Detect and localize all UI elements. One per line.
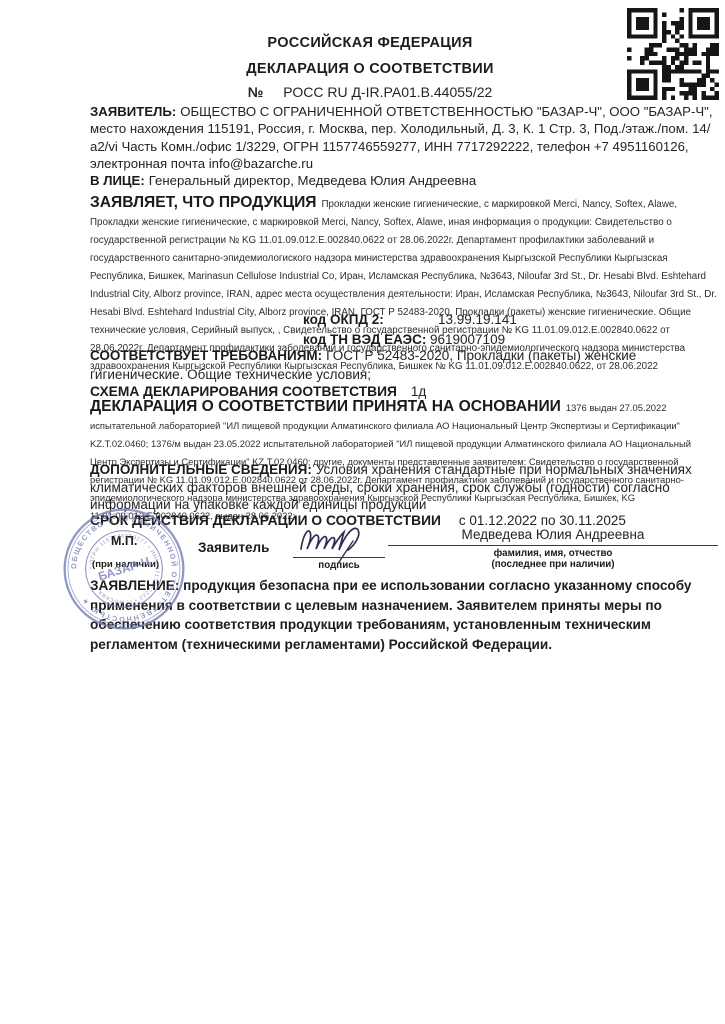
okpd-value: 13.99.19.141: [438, 312, 517, 327]
in-person-text: Генеральный директор, Медведева Юлия Анд…: [149, 173, 476, 188]
stamp-place-label: М.П.: [111, 534, 137, 548]
signer-role-label: Заявитель: [198, 540, 269, 555]
product-label: ЗАЯВЛЯЕТ, ЧТО ПРОДУКЦИЯ: [90, 194, 317, 211]
applicant-label: ЗАЯВИТЕЛЬ:: [90, 104, 176, 119]
statement-text: продукция безопасна при ее использовании…: [90, 578, 691, 652]
declaration-number-row: №РОСС RU Д-IR.РА01.В.44055/22: [90, 84, 650, 100]
compliance-label: СООТВЕТСТВУЕТ ТРЕБОВАНИЯМ:: [90, 348, 322, 363]
country-title: РОССИЙСКАЯ ФЕДЕРАЦИЯ: [267, 35, 472, 51]
applicant-text: ОБЩЕСТВО С ОГРАНИЧЕННОЙ ОТВЕТСТВЕННОСТЬЮ…: [90, 104, 713, 171]
scheme-value: 1д: [411, 384, 426, 399]
tnved-label: код ТН ВЭД ЕАЭС:: [303, 332, 426, 347]
signature-line: [293, 527, 385, 558]
number-label: №: [248, 84, 264, 100]
additional-label: ДОПОЛНИТЕЛЬНЫЕ СВЕДЕНИЯ:: [90, 462, 312, 477]
okpd-label: код ОКПД 2:: [303, 312, 384, 327]
tnved-value: 9619007109: [430, 332, 505, 347]
basis-label: ДЕКЛАРАЦИЯ О СООТВЕТСТВИИ ПРИНЯТА НА ОСН…: [90, 398, 561, 415]
name-caption-2: (последнее при наличии): [388, 559, 718, 570]
stamp-place-note: (при наличии): [92, 559, 159, 570]
scheme-label: СХЕМА ДЕКЛАРИРОВАНИЯ СООТВЕТСТВИЯ: [90, 384, 397, 399]
applicant-section: ЗАЯВИТЕЛЬ:ОБЩЕСТВО С ОГРАНИЧЕННОЙ ОТВЕТС…: [90, 103, 718, 189]
signature-field: подпись: [293, 527, 385, 571]
declaration-number: РОСС RU Д-IR.РА01.В.44055/22: [283, 84, 492, 100]
statement-section: ЗАЯВЛЕНИЕ: продукция безопасна при ее ис…: [90, 576, 718, 654]
signer-name-field: Медведева Юлия Андреевна фамилия, имя, о…: [388, 516, 718, 570]
document-title: ДЕКЛАРАЦИЯ О СООТВЕТСТВИИ: [246, 61, 493, 77]
okpd-code-row: код ОКПД 2: 13.99.19.141: [90, 312, 718, 332]
signer-name: Медведева Юлия Андреевна: [388, 516, 718, 546]
handwritten-signature: [295, 521, 383, 563]
statement-label: ЗАЯВЛЕНИЕ:: [90, 578, 179, 593]
additional-section: ДОПОЛНИТЕЛЬНЫЕ СВЕДЕНИЯ:Условия хранения…: [90, 461, 718, 514]
declaration-document: РОССИЙСКАЯ ФЕДЕРАЦИЯ ДЕКЛАРАЦИЯ О СООТВЕ…: [0, 0, 725, 1024]
compliance-section: СООТВЕТСТВУЕТ ТРЕБОВАНИЯМ:ГОСТ Р 52483-2…: [90, 347, 718, 384]
in-person-label: В ЛИЦЕ:: [90, 173, 145, 188]
name-caption-1: фамилия, имя, отчество: [388, 548, 718, 559]
